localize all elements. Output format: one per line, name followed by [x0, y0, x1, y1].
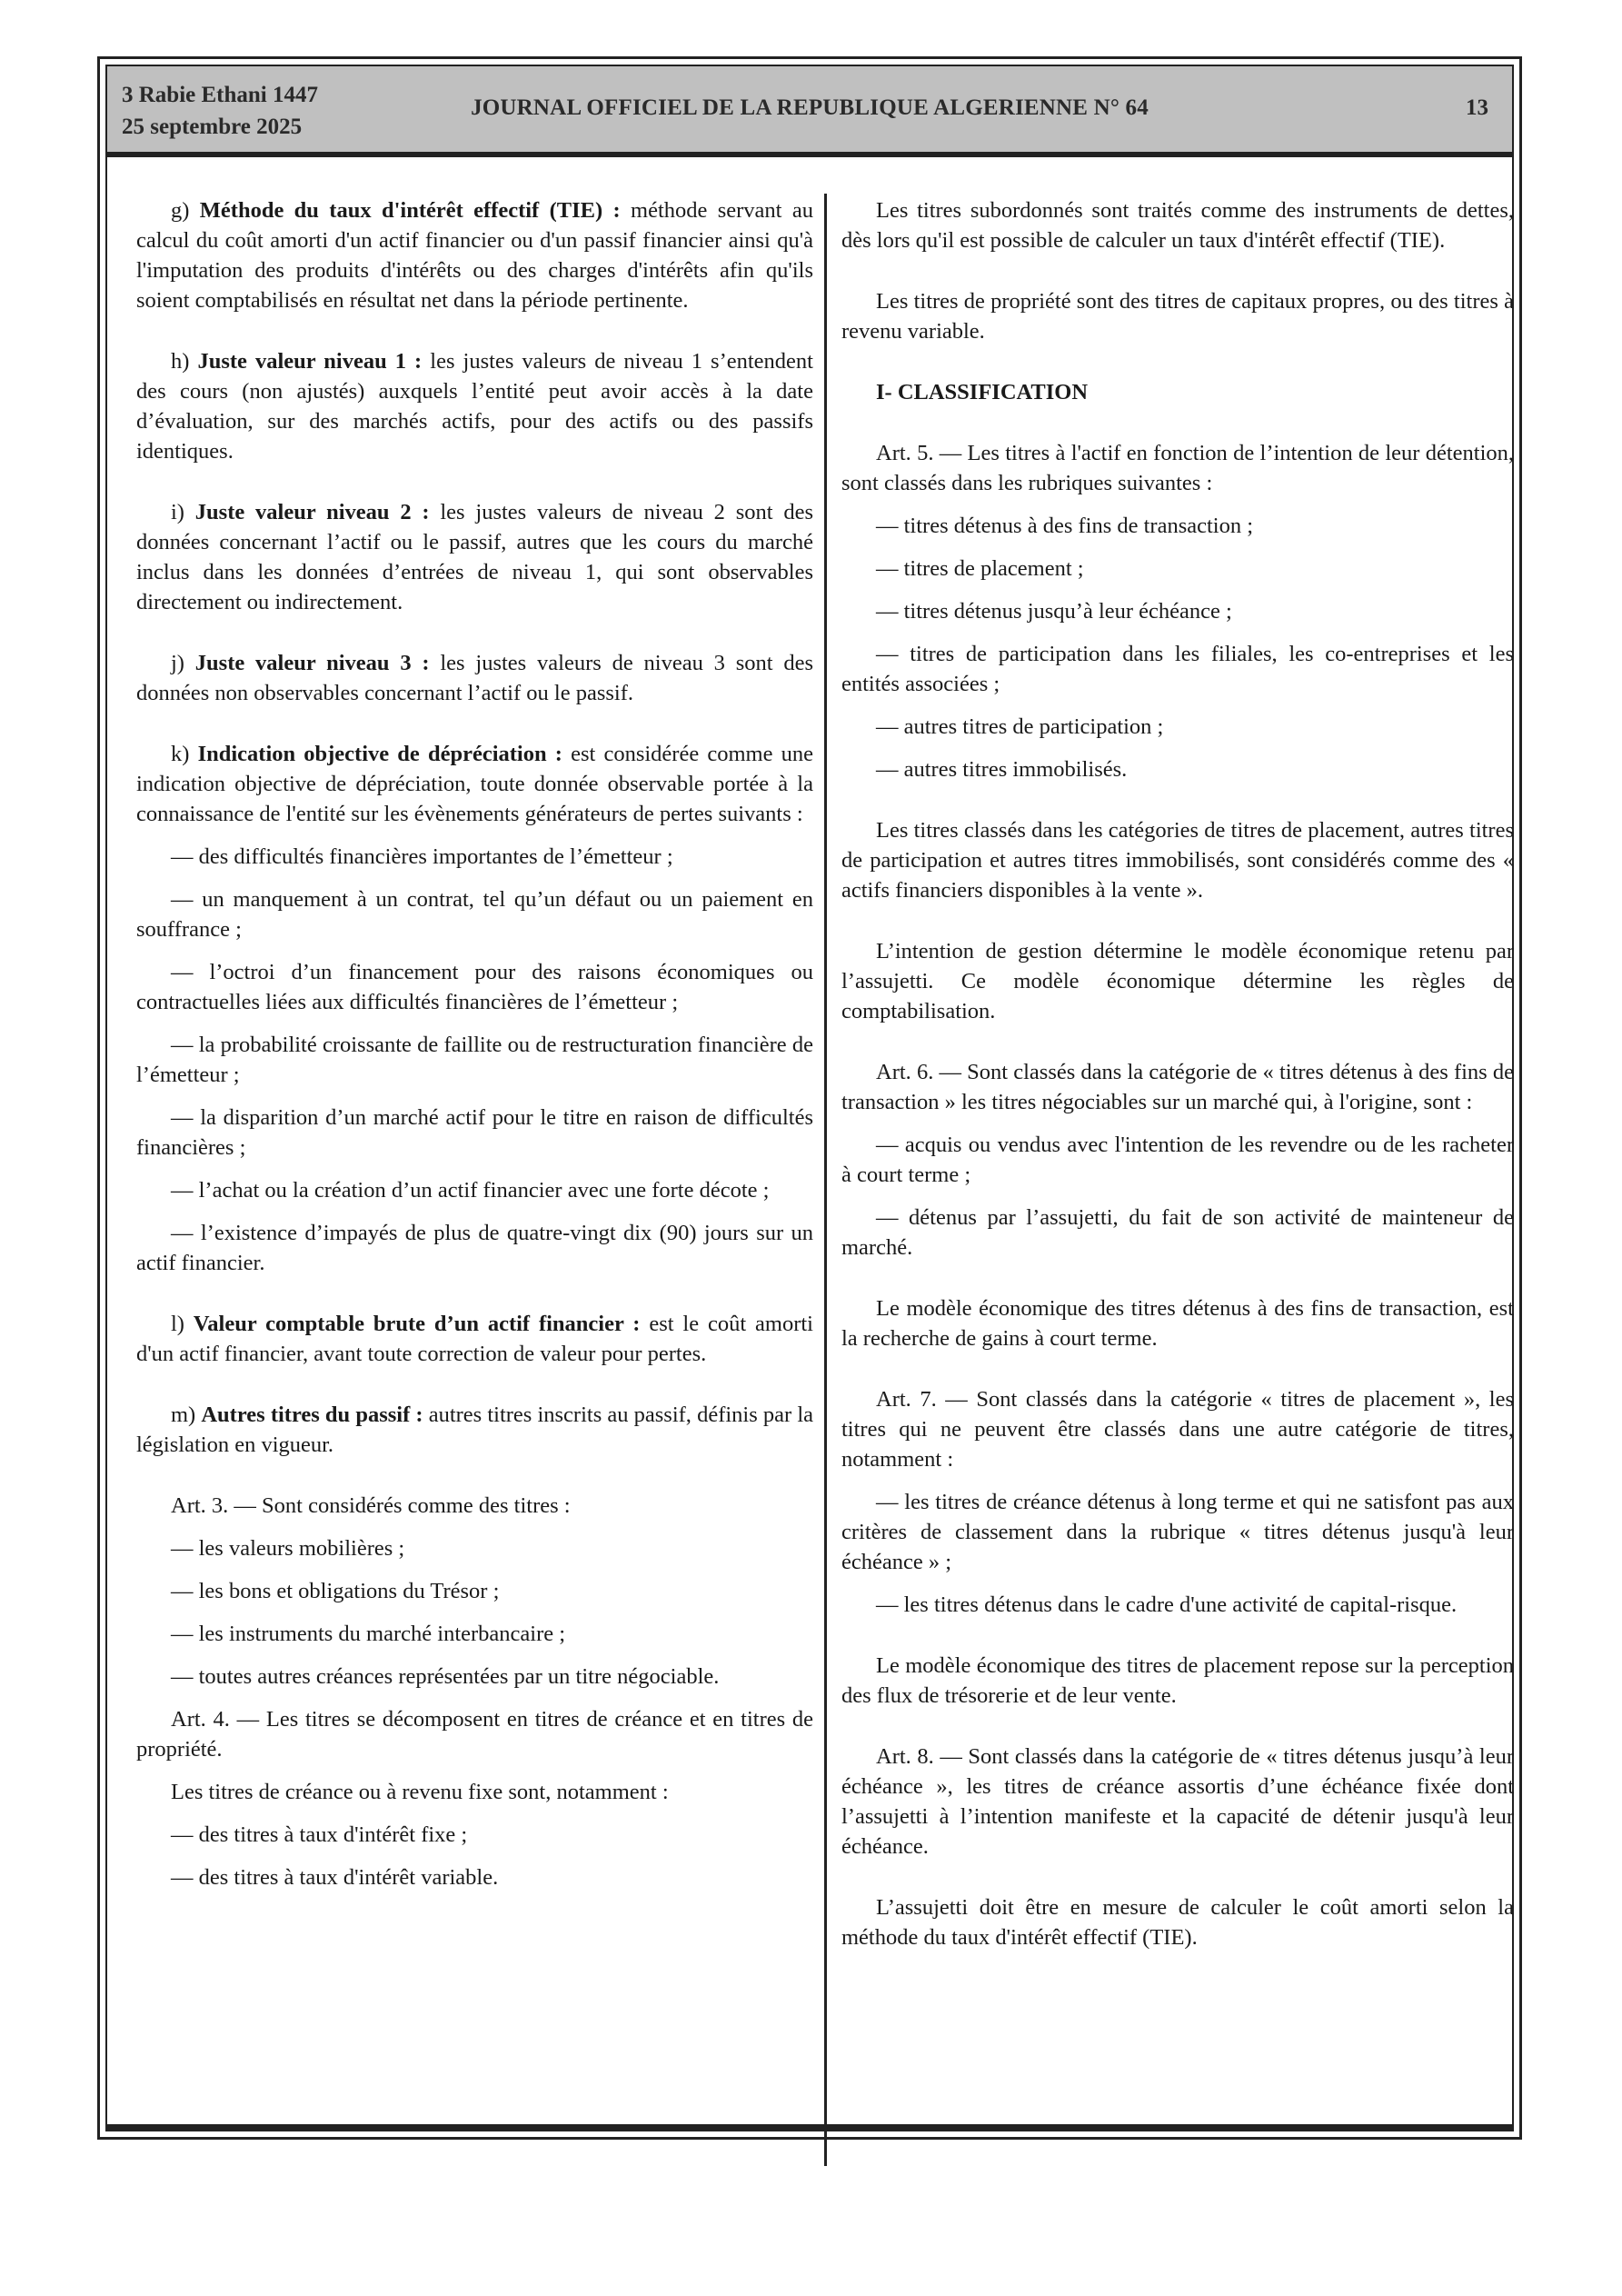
definition-l: l) Valeur comptable brute d’un actif fin…: [136, 1309, 813, 1369]
list-item: — l’octroi d’un financement pour des rai…: [136, 957, 813, 1017]
list-item: — toutes autres créances représentées pa…: [136, 1662, 813, 1692]
paragraph: Les titres subordonnés sont traités comm…: [841, 195, 1514, 255]
list-item: — titres détenus à des fins de transacti…: [841, 511, 1514, 541]
definition-g: g) Méthode du taux d'intérêt effectif (T…: [136, 195, 813, 315]
page-frame: 3 Rabie Ethani 1447 25 septembre 2025 JO…: [97, 56, 1522, 2140]
def-term: Valeur comptable brute d’un actif financ…: [194, 1312, 641, 1336]
list-item: — autres titres de participation ;: [841, 712, 1514, 742]
right-column: Les titres subordonnés sont traités comm…: [841, 195, 1514, 1965]
list-item: — les instruments du marché interbancair…: [136, 1619, 813, 1649]
list-item: — les valeurs mobilières ;: [136, 1533, 813, 1563]
left-column: g) Méthode du taux d'intérêt effectif (T…: [136, 195, 813, 1905]
def-term: Juste valeur niveau 1 :: [197, 349, 422, 374]
paragraph: Les titres classés dans les catégories d…: [841, 815, 1514, 905]
list-item: — des difficultés financières importante…: [136, 842, 813, 872]
definition-j: j) Juste valeur niveau 3 : les justes va…: [136, 648, 813, 708]
column-divider: [824, 194, 827, 2166]
article-3: Art. 3. — Sont considérés comme des titr…: [136, 1491, 813, 1521]
paragraph: Le modèle économique des titres de place…: [841, 1651, 1514, 1711]
list-item: — détenus par l’assujetti, du fait de so…: [841, 1203, 1514, 1263]
list-item: — l’existence d’impayés de plus de quatr…: [136, 1218, 813, 1278]
def-term: Juste valeur niveau 2 :: [195, 500, 430, 524]
article-4: Art. 4. — Les titres se décomposent en t…: [136, 1704, 813, 1764]
list-item: — des titres à taux d'intérêt variable.: [136, 1862, 813, 1892]
definition-m: m) Autres titres du passif : autres titr…: [136, 1400, 813, 1460]
paragraph: L’assujetti doit être en mesure de calcu…: [841, 1892, 1514, 1952]
list-item: — titres détenus jusqu’à leur échéance ;: [841, 596, 1514, 626]
def-prefix: m): [171, 1403, 201, 1427]
definition-h: h) Juste valeur niveau 1 : les justes va…: [136, 346, 813, 466]
list-item: — la disparition d’un marché actif pour …: [136, 1103, 813, 1163]
def-prefix: g): [171, 198, 200, 223]
def-term: Indication objective de dépréciation :: [198, 742, 562, 766]
journal-title: JOURNAL OFFICIEL DE LA REPUBLIQUE ALGERI…: [107, 95, 1512, 121]
def-prefix: h): [171, 349, 197, 374]
list-item: — l’achat ou la création d’un actif fina…: [136, 1175, 813, 1205]
list-item: — titres de placement ;: [841, 554, 1514, 584]
list-item: — un manquement à un contrat, tel qu’un …: [136, 884, 813, 944]
list-item: — la probabilité croissante de faillite …: [136, 1030, 813, 1090]
list-item: — les bons et obligations du Trésor ;: [136, 1576, 813, 1606]
paragraph: Les titres de propriété sont des titres …: [841, 286, 1514, 346]
list-item: — acquis ou vendus avec l'intention de l…: [841, 1130, 1514, 1190]
article-5: Art. 5. — Les titres à l'actif en foncti…: [841, 438, 1514, 498]
paragraph: L’intention de gestion détermine le modè…: [841, 936, 1514, 1026]
journal-header: 3 Rabie Ethani 1447 25 septembre 2025 JO…: [107, 66, 1512, 157]
definition-k: k) Indication objective de dépréciation …: [136, 739, 813, 829]
list-item: — titres de participation dans les filia…: [841, 639, 1514, 699]
def-term: Juste valeur niveau 3 :: [195, 651, 430, 675]
def-prefix: j): [171, 651, 195, 675]
paragraph: Le modèle économique des titres détenus …: [841, 1293, 1514, 1353]
def-term: Autres titres du passif :: [201, 1403, 423, 1427]
article-7: Art. 7. — Sont classés dans la catégorie…: [841, 1384, 1514, 1474]
def-prefix: l): [171, 1312, 194, 1336]
page-inner-frame: 3 Rabie Ethani 1447 25 septembre 2025 JO…: [105, 65, 1514, 2131]
section-title: I- CLASSIFICATION: [841, 377, 1514, 407]
list-item: — autres titres immobilisés.: [841, 754, 1514, 784]
list-item: — les titres de créance détenus à long t…: [841, 1487, 1514, 1577]
definition-i: i) Juste valeur niveau 2 : les justes va…: [136, 497, 813, 617]
def-term: Méthode du taux d'intérêt effectif (TIE)…: [200, 198, 621, 223]
list-item: — les titres détenus dans le cadre d'une…: [841, 1590, 1514, 1620]
def-prefix: i): [171, 500, 195, 524]
def-prefix: k): [171, 742, 198, 766]
article-8: Art. 8. — Sont classés dans la catégorie…: [841, 1742, 1514, 1862]
list-item: — des titres à taux d'intérêt fixe ;: [136, 1820, 813, 1850]
page-number: 13: [1466, 95, 1488, 121]
article-6: Art. 6. — Sont classés dans la catégorie…: [841, 1057, 1514, 1117]
article-4-paragraph: Les titres de créance ou à revenu fixe s…: [136, 1777, 813, 1807]
